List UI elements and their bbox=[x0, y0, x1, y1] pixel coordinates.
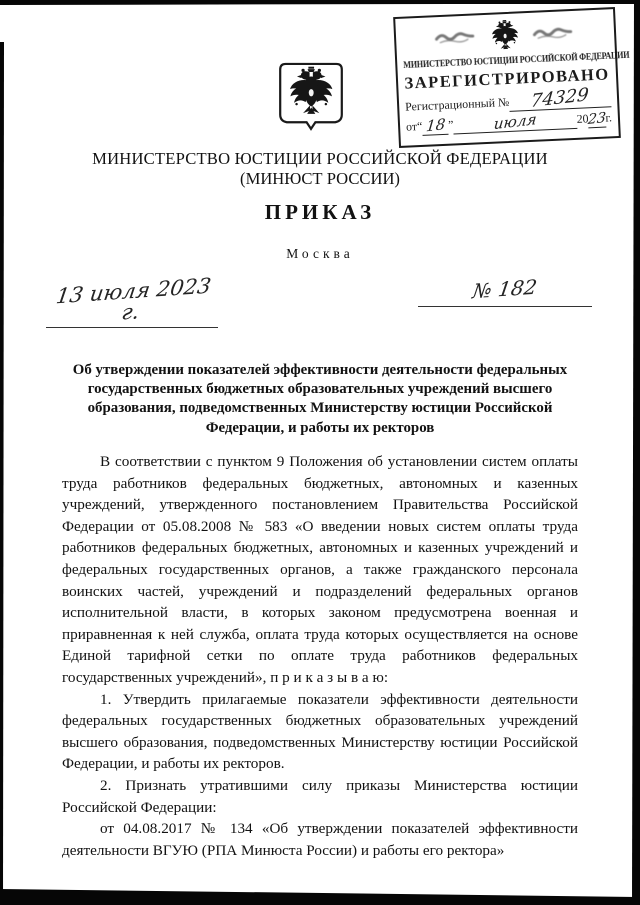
stamp-date-year-written: 23 bbox=[587, 112, 606, 129]
city-label: Москва bbox=[0, 246, 640, 262]
ink-smudge-icon bbox=[430, 29, 483, 47]
scanned-document-page: МИНИСТЕРСТВО ЮСТИЦИИ РОССИЙСКОЙ ФЕДЕРАЦИ… bbox=[0, 0, 640, 905]
handwritten-date: 13 июля 2023 г. bbox=[46, 281, 218, 328]
coat-of-arms-icon bbox=[278, 61, 344, 145]
body-paragraph: от 04.08.2017 № 134 «Об утверждении пока… bbox=[62, 818, 578, 861]
stamp-date-day-value: 18 bbox=[422, 118, 449, 136]
ministry-short-name: (МИНЮСТ РОССИИ) bbox=[0, 169, 640, 189]
registration-stamp: МИНИСТЕРСТВО ЮСТИЦИИ РОССИЙСКОЙ ФЕДЕРАЦИ… bbox=[393, 7, 621, 148]
ink-smudge-icon bbox=[528, 25, 581, 43]
stamp-date-from-label: от bbox=[406, 119, 418, 136]
body-paragraph: 1. Утвердить прилагаемые показатели эффе… bbox=[62, 689, 578, 775]
stamp-reg-number-label: Регистрационный № bbox=[405, 95, 510, 117]
handwritten-document-number: № 182 bbox=[418, 279, 592, 307]
body-paragraph: 2. Признать утратившими силу приказы Мин… bbox=[62, 775, 578, 818]
document-type-title: ПРИКАЗ bbox=[0, 200, 640, 225]
ministry-name: МИНИСТЕРСТВО ЮСТИЦИИ РОССИЙСКОЙ ФЕДЕРАЦИ… bbox=[0, 149, 640, 169]
stamp-reg-number-value: 74329 bbox=[509, 87, 612, 112]
stamp-coat-of-arms-icon bbox=[489, 19, 520, 53]
body-paragraph: В соответствии с пунктом 9 Положения об … bbox=[62, 451, 578, 689]
stamp-date-month-value: июля bbox=[453, 112, 577, 135]
document-body: В соответствии с пунктом 9 Положения об … bbox=[62, 451, 578, 861]
document-subject: Об утверждении показателей эффективности… bbox=[62, 361, 578, 438]
